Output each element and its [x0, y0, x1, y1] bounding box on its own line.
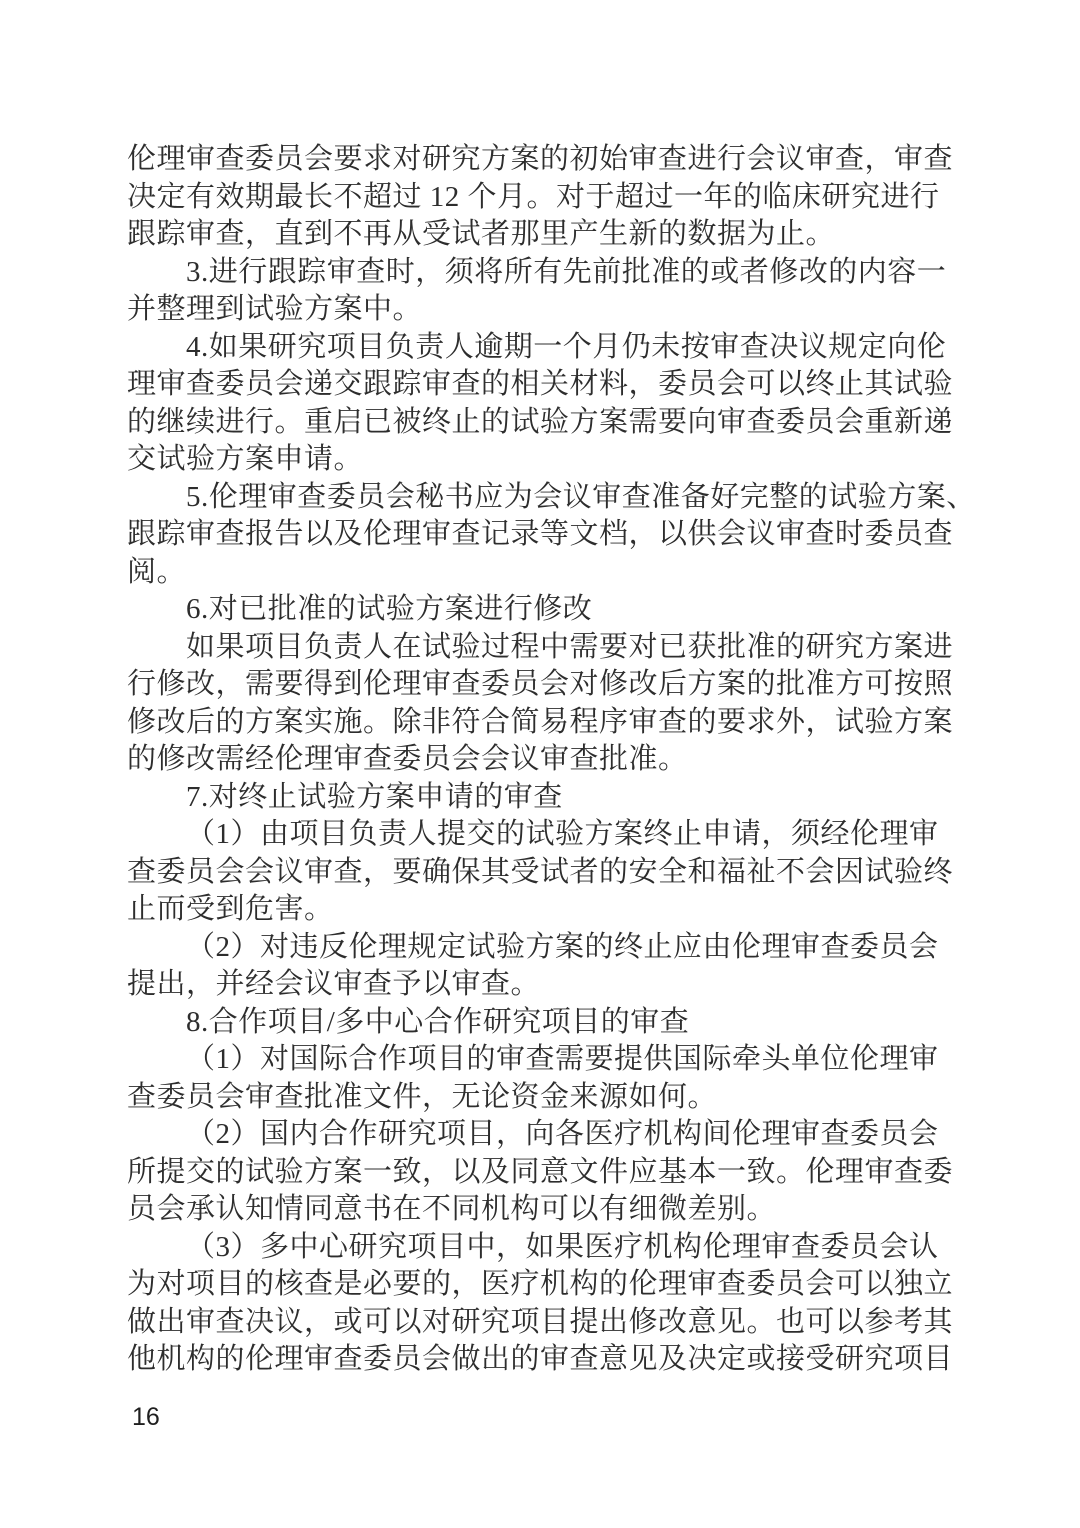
text-line: （3）多中心研究项目中，如果医疗机构伦理审查委员会认	[127, 1229, 957, 1267]
text-line: （2）国内合作研究项目，向各医疗机构间伦理审查委员会	[127, 1116, 957, 1154]
page-number: 16	[132, 1402, 160, 1432]
text-line: 跟踪审查，直到不再从受试者那里产生新的数据为止。	[127, 216, 957, 254]
text-line: 跟踪审查报告以及伦理审查记录等文档，以供会议审查时委员查	[127, 516, 957, 554]
text-line: 的修改需经伦理审查委员会会议审查批准。	[127, 741, 957, 779]
text-line: 并整理到试验方案中。	[127, 291, 957, 329]
text-line: 查委员会会议审查，要确保其受试者的安全和福祉不会因试验终	[127, 854, 957, 892]
body-text: 伦理审查委员会要求对研究方案的初始审查进行会议审查，审查 决定有效期最长不超过 …	[127, 141, 957, 1379]
text-line: 如果项目负责人在试验过程中需要对已获批准的研究方案进	[127, 629, 957, 667]
text-line: 8.合作项目/多中心合作研究项目的审查	[127, 1004, 957, 1042]
text-line: 交试验方案申请。	[127, 441, 957, 479]
text-line: 为对项目的核查是必要的，医疗机构的伦理审查委员会可以独立	[127, 1266, 957, 1304]
text-line: （1）由项目负责人提交的试验方案终止申请，须经伦理审	[127, 816, 957, 854]
text-line: 5.伦理审查委员会秘书应为会议审查准备好完整的试验方案、	[127, 479, 957, 517]
text-line: 员会承认知情同意书在不同机构可以有细微差别。	[127, 1191, 957, 1229]
text-line: 决定有效期最长不超过 12 个月。对于超过一年的临床研究进行	[127, 179, 957, 217]
text-line: 4.如果研究项目负责人逾期一个月仍未按审查决议规定向伦	[127, 329, 957, 367]
text-line: 的继续进行。重启已被终止的试验方案需要向审查委员会重新递	[127, 404, 957, 442]
text-line: 3.进行跟踪审查时，须将所有先前批准的或者修改的内容一	[127, 254, 957, 292]
text-line: 伦理审查委员会要求对研究方案的初始审查进行会议审查，审查	[127, 141, 957, 179]
text-line: 他机构的伦理审查委员会做出的审查意见及决定或接受研究项目	[127, 1341, 957, 1379]
text-line: 行修改，需要得到伦理审查委员会对修改后方案的批准方可按照	[127, 666, 957, 704]
text-line: 做出审查决议，或可以对研究项目提出修改意见。也可以参考其	[127, 1304, 957, 1342]
text-line: （1）对国际合作项目的审查需要提供国际牵头单位伦理审	[127, 1041, 957, 1079]
text-line: 6.对已批准的试验方案进行修改	[127, 591, 957, 629]
text-line: 理审查委员会递交跟踪审查的相关材料，委员会可以终止其试验	[127, 366, 957, 404]
text-line: 所提交的试验方案一致，以及同意文件应基本一致。伦理审查委	[127, 1154, 957, 1192]
document-page: 伦理审查委员会要求对研究方案的初始审查进行会议审查，审查 决定有效期最长不超过 …	[0, 0, 1080, 1528]
text-line: 止而受到危害。	[127, 891, 957, 929]
text-line: 阅。	[127, 554, 957, 592]
text-line: 查委员会审查批准文件，无论资金来源如何。	[127, 1079, 957, 1117]
text-line: 提出，并经会议审查予以审查。	[127, 966, 957, 1004]
text-line: 修改后的方案实施。除非符合简易程序审查的要求外，试验方案	[127, 704, 957, 742]
text-line: （2）对违反伦理规定试验方案的终止应由伦理审查委员会	[127, 929, 957, 967]
text-line: 7.对终止试验方案申请的审查	[127, 779, 957, 817]
